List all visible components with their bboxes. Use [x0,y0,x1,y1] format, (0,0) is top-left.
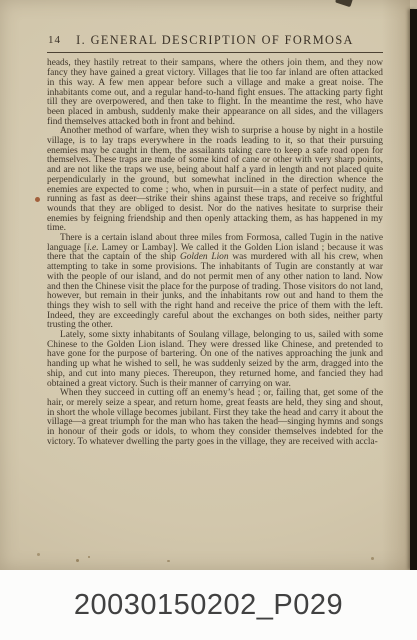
running-header: 14 I. GENERAL DESCRIPTION OF FORMOSA [47,33,383,48]
paper-speck [88,556,90,558]
paragraph: When they succeed in cutting off an enem… [47,389,383,447]
paper-speck [35,197,40,202]
paper-speck [76,559,79,562]
paper-speck [167,560,170,562]
chapter-title: I. GENERAL DESCRIPTION OF FORMOSA [47,33,383,48]
screenshot: 14 I. GENERAL DESCRIPTION OF FORMOSA hea… [0,0,417,640]
page-edge-shadow [382,0,410,570]
scanned-book-page: 14 I. GENERAL DESCRIPTION OF FORMOSA hea… [0,0,417,570]
paragraph: There is a certain island about three mi… [47,234,383,331]
header-rule [47,52,383,53]
page-number: 14 [48,34,61,46]
body-text: heads, they hastily retreat to their sam… [47,59,383,447]
paper-speck [37,553,40,556]
archive-id-label: 20030150202_P029 [74,589,343,622]
paragraph: Lately, some sixty inhabitants of Soulan… [47,331,383,389]
paragraph: Another method of warfare, when they wis… [47,127,383,234]
scan-corner-mark [335,0,353,7]
text-column: 14 I. GENERAL DESCRIPTION OF FORMOSA hea… [47,33,383,448]
paragraph: heads, they hastily retreat to their sam… [47,59,383,127]
archive-id-strip: 20030150202_P029 [0,570,417,640]
paper-speck [371,557,374,560]
scan-black-edge [410,9,417,570]
